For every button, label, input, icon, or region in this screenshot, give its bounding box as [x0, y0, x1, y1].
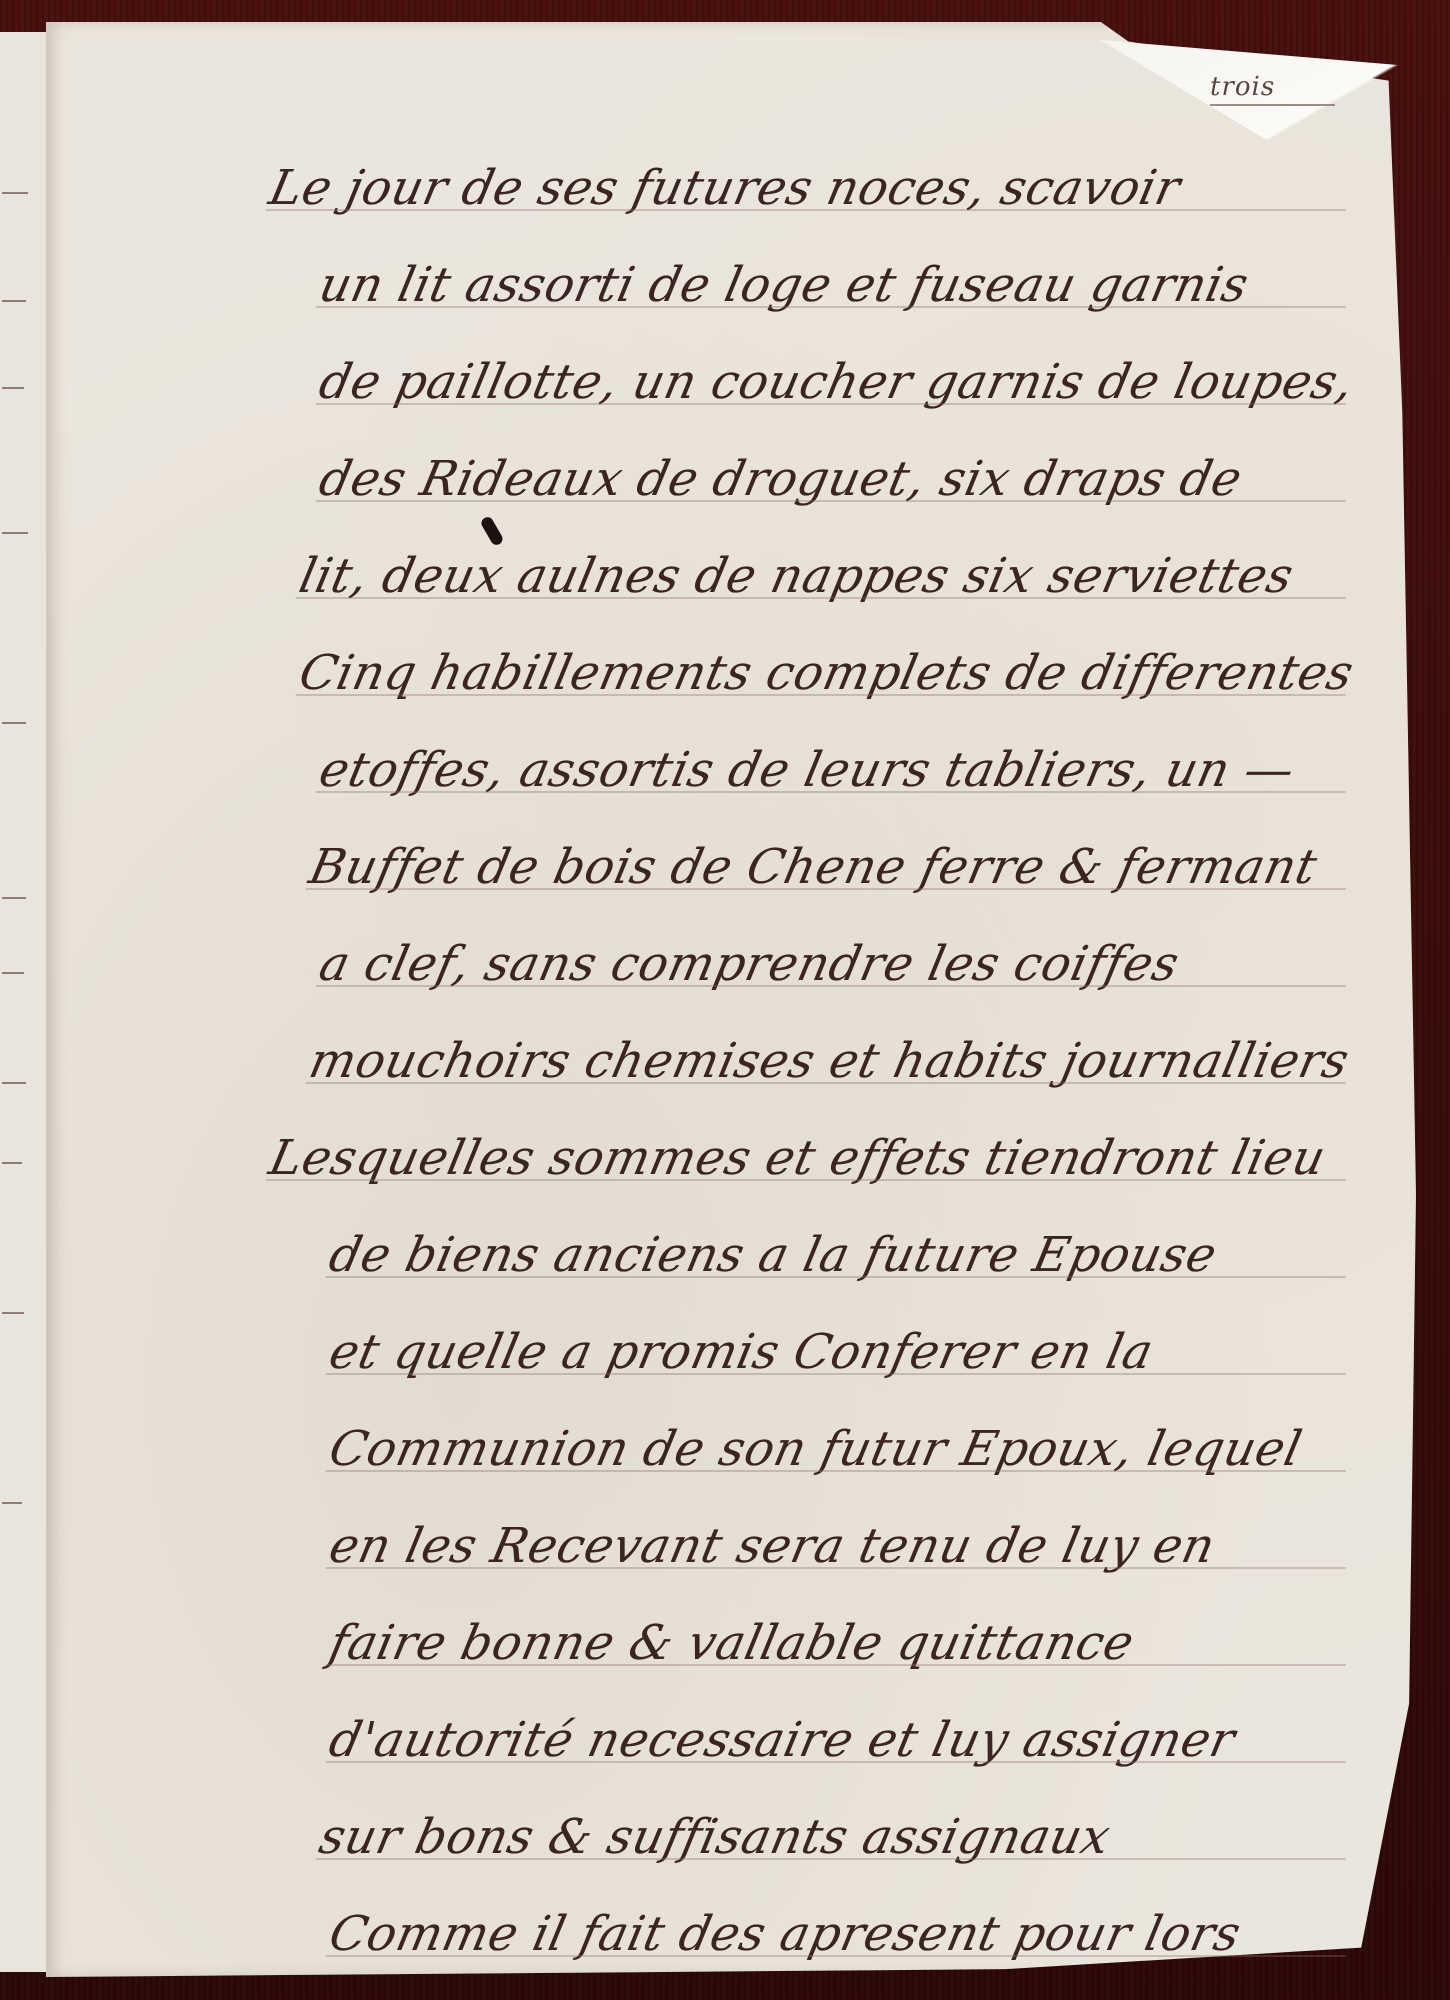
manuscript-text: Le jour de ses futures noces, scavoir un… [300, 140, 1380, 1983]
adjacent-page-ink [2, 532, 28, 534]
adjacent-page-ink [2, 722, 26, 724]
text-line: lit, deux aulnes de nappes six serviette… [290, 528, 1401, 625]
text-line: faire bonne & vallable quittance [320, 1595, 1401, 1692]
text-line: a clef, sans comprendre les coiffes [310, 916, 1401, 1013]
adjacent-page-edge [0, 32, 49, 1972]
text-line: Comme il fait des apresent pour lors [320, 1886, 1401, 1983]
adjacent-page-ink [2, 1312, 24, 1314]
text-line: des Rideaux de droguet, six draps de [310, 431, 1401, 528]
text-line: Le jour de ses futures noces, scavoir [260, 140, 1401, 237]
adjacent-page-ink [2, 192, 28, 194]
adjacent-page-ink [2, 1082, 26, 1084]
page-number: trois [1210, 72, 1335, 106]
adjacent-page-ink [2, 1502, 22, 1504]
text-line: de biens anciens a la future Epouse [320, 1207, 1401, 1304]
text-line: sur bons & suffisants assignaux [310, 1789, 1401, 1886]
text-line: un lit assorti de loge et fuseau garnis [310, 237, 1401, 334]
text-line: de paillotte, un coucher garnis de loupe… [310, 334, 1401, 431]
text-line: Lesquelles sommes et effets tiendront li… [260, 1110, 1401, 1207]
text-line: en les Recevant sera tenu de luy en [320, 1498, 1401, 1595]
text-line: Communion de son futur Epoux, lequel [320, 1401, 1401, 1498]
text-line: et quelle a promis Conferer en la [320, 1304, 1401, 1401]
text-line: d'autorité necessaire et luy assigner [320, 1692, 1401, 1789]
text-line: Buffet de bois de Chene ferre & fermant [300, 819, 1401, 916]
adjacent-page-ink [2, 300, 26, 302]
text-line: Cinq habillements complets de differente… [290, 625, 1401, 722]
adjacent-page-ink [2, 972, 24, 974]
adjacent-page-ink [2, 1162, 22, 1164]
text-line: etoffes, assortis de leurs tabliers, un … [310, 722, 1401, 819]
text-line: mouchoirs chemises et habits journallier… [300, 1013, 1401, 1110]
adjacent-page-ink [2, 387, 24, 389]
adjacent-page-ink [2, 897, 26, 899]
